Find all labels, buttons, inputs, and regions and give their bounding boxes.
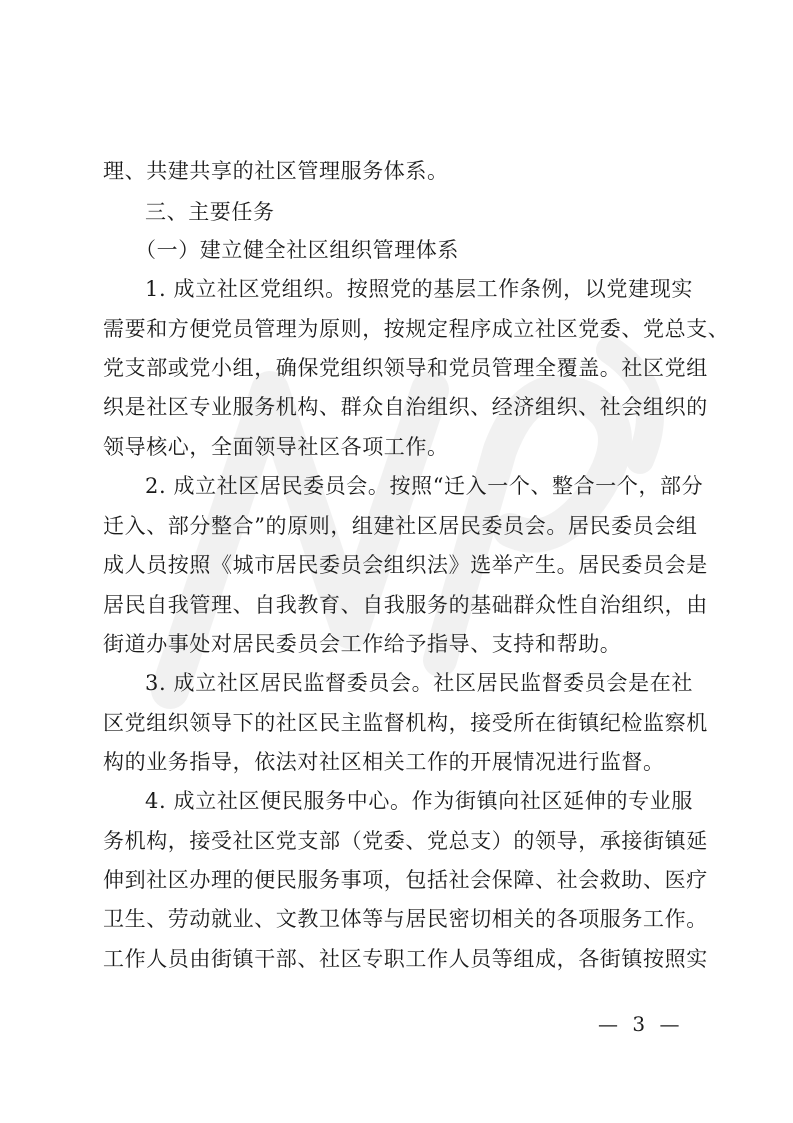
text-line: 2. 成立社区居民委员会。按照“迁入一个、整合一个，部分: [145, 472, 693, 500]
text-line: 领导核心，全面领导社区各项工作。: [103, 433, 693, 461]
text-line: 1. 成立社区党组织。按照党的基层工作条例，以党建现实: [145, 275, 693, 303]
text-line: 居民自我管理、自我教育、自我服务的基础群众性自治组织，由: [103, 591, 693, 619]
subsection-heading: （一）建立健全社区组织管理体系: [135, 236, 683, 264]
section-heading: 三、主要任务: [145, 198, 693, 226]
text-line: 织是社区专业服务机构、群众自治组织、经济组织、社会组织的: [103, 393, 693, 421]
text-line: 构的业务指导，依法对社区相关工作的开展情况进行监督。: [103, 748, 693, 776]
text-line: 区党组织领导下的社区民主监督机构，接受所在街镇纪检监察机: [103, 709, 693, 737]
text-line: 街道办事处对居民委员会工作给予指导、支持和帮助。: [103, 630, 693, 658]
text-line: 务机构，接受社区党支部（党委、党总支）的领导，承接街镇延: [103, 827, 693, 855]
text-line: 伸到社区办理的便民服务事项，包括社会保障、社会救助、医疗: [103, 866, 693, 894]
text-line: 需要和方便党员管理为原则，按规定程序成立社区党委、党总支、: [103, 315, 693, 343]
text-line: 3. 成立社区居民监督委员会。社区居民监督委员会是在社: [145, 669, 693, 697]
text-line: 党支部或党小组，确保党组织领导和党员管理全覆盖。社区党组: [103, 354, 693, 382]
text-line: 卫生、劳动就业、文教卫体等与居民密切相关的各项服务工作。: [103, 905, 693, 933]
text-line: 工作人员由街镇干部、社区专职工作人员等组成，各街镇按照实: [103, 945, 693, 973]
text-line: 4. 成立社区便民服务中心。作为街镇向社区延伸的专业服: [145, 787, 693, 815]
text-line: 理、共建共享的社区管理服务体系。: [103, 157, 693, 185]
text-line: 成人员按照《城市居民委员会组织法》选举产生。居民委员会是: [103, 551, 693, 579]
document-page: 理、共建共享的社区管理服务体系。三、主要任务（一）建立健全社区组织管理体系1. …: [0, 0, 793, 1123]
page-number: — 3 —: [598, 1012, 683, 1036]
text-line: 迁入、部分整合”的原则，组建社区居民委员会。居民委员会组: [103, 512, 693, 540]
